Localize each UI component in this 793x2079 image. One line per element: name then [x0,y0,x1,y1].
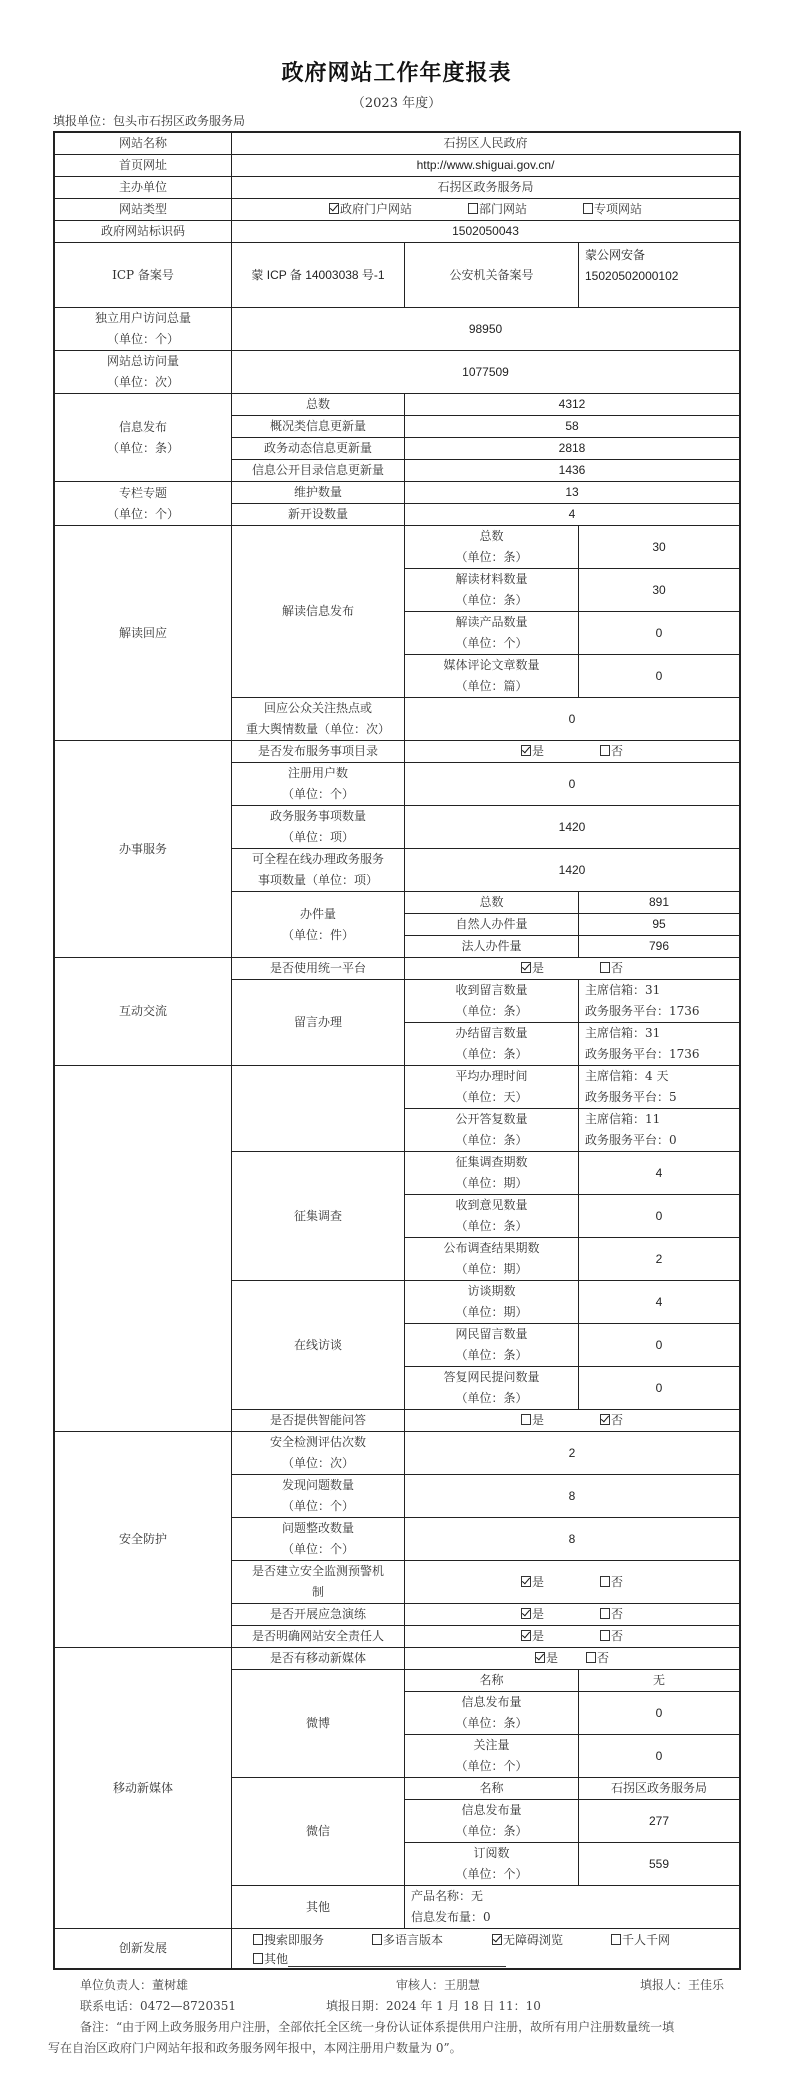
choice-no[interactable]: 否 [600,958,623,979]
choice-no[interactable]: 否 [600,1626,623,1647]
checkbox-checked-icon[interactable] [521,962,531,973]
msg-row-label: 平均办理时间（单位：天） [405,1066,579,1109]
emergency-drill-choice: 是 否 [405,1604,739,1626]
interview-row-label: 网民留言数量（单位：条） [405,1324,579,1367]
security-owner-choice: 是 否 [405,1626,739,1648]
other-blank-line[interactable] [288,1955,506,1967]
reviewer: 审核人：王朋慧 [396,1976,480,1993]
homepage-url[interactable]: http://www.shiguai.gov.cn/ [232,155,739,177]
unified-platform-choice: 是 否 [405,958,739,980]
msg-row-label: 公开答复数量（单位：条） [405,1109,579,1152]
msg-row-value: 主席信箱：4 天政务服务平台：5 [579,1066,739,1109]
choice-no[interactable]: 否 [586,1648,609,1669]
services-label: 办事服务 [55,741,232,958]
innovation-accessibility[interactable]: 无障碍浏览 [492,1931,563,1948]
choice-yes[interactable]: 是 [535,1648,558,1669]
weibo-name-value: 无 [579,1670,739,1692]
survey-row-label: 公布调查结果期数（单位：期） [405,1238,579,1281]
cases-row-value: 891 [579,892,739,914]
remark-line-2: 写在自治区政府门户网站年报和政务服务网年报中，本网注册用户数量为 0”。 [48,2039,462,2056]
security-row-value: 8 [405,1475,739,1518]
unique-visitors-value: 98950 [232,308,739,351]
police-record-label: 公安机关备案号 [405,243,579,308]
interp-row-label: 媒体评论文章数量（单位：篇） [405,655,579,698]
wechat-label: 微信 [232,1778,405,1886]
form-filler: 填报人：王佳乐 [640,1976,724,1993]
innovation-personalized[interactable]: 千人千网 [611,1931,670,1948]
interp-row-value: 30 [579,526,739,569]
interview-row-label: 答复网民提问数量（单位：条） [405,1367,579,1410]
security-row-label: 发现问题数量（单位：个） [232,1475,405,1518]
choice-yes[interactable]: 是 [521,958,544,979]
contact-phone: 联系电话：0472—8720351 [80,1997,236,2014]
unit-head: 单位负责人：董树雄 [80,1976,188,1993]
innovation-search-service[interactable]: 搜索即服务 [253,1931,324,1948]
choice-no[interactable]: 否 [600,1410,623,1431]
checkbox-checked-icon[interactable] [329,203,339,214]
site-type-special[interactable]: 专项网站 [583,199,642,220]
msg-row-value: 主席信箱：31政务服务平台：1736 [579,1023,739,1066]
interp-row-label: 解读材料数量（单位：条） [405,569,579,612]
survey-label: 征集调查 [232,1152,405,1281]
interaction-label: 互动交流 [55,958,232,1066]
smart-qa-label: 是否提供智能问答 [232,1410,405,1432]
online-items-value: 1420 [405,849,739,892]
remark-line-1: 备注：“由于网上政务服务用户注册，全部依托全区统一身份认证体系提供用户注册，故所… [80,2018,760,2035]
checkbox-checked-icon[interactable] [521,745,531,756]
security-row-label: 问题整改数量（单位：个） [232,1518,405,1561]
columns-row-value: 4 [405,504,739,526]
choice-yes[interactable]: 是 [521,1410,544,1431]
has-mobile-choice: 是 否 [405,1648,739,1670]
info-release-row-value: 4312 [405,394,739,416]
interview-label: 在线访谈 [232,1281,405,1410]
cases-row-label: 自然人办件量 [405,914,579,936]
unified-platform-label: 是否使用统一平台 [232,958,405,980]
checkbox-checked-icon[interactable] [492,1934,502,1945]
checkbox-empty-icon[interactable] [600,745,610,756]
choice-yes[interactable]: 是 [521,741,544,762]
info-release-row-label: 政务动态信息更新量 [232,438,405,460]
smart-qa-choice: 是 否 [405,1410,739,1432]
mobile-media-label: 移动新媒体 [55,1648,232,1929]
survey-row-label: 收到意见数量（单位：条） [405,1195,579,1238]
weibo-label: 微博 [232,1670,405,1778]
info-release-row-value: 1436 [405,460,739,482]
fill-date: 填报日期：2024 年 1 月 18 日 11：10 [326,1997,541,2014]
checkbox-empty-icon[interactable] [521,1414,531,1425]
info-release-row-value: 2818 [405,438,739,460]
checkbox-empty-icon[interactable] [468,203,478,214]
checkbox-empty-icon[interactable] [600,962,610,973]
checkbox-empty-icon[interactable] [600,1630,610,1641]
registered-users-value: 0 [405,763,739,806]
checkbox-empty-icon[interactable] [600,1576,610,1587]
response-value: 0 [405,698,739,741]
cases-row-value: 95 [579,914,739,936]
site-name-value: 石拐区人民政府 [232,133,739,155]
columns-label: 专栏专题（单位：个） [55,482,232,526]
site-type-portal[interactable]: 政府门户网站 [329,199,412,220]
choice-no[interactable]: 否 [600,1604,623,1625]
interp-row-value: 0 [579,612,739,655]
security-row-label: 安全检测评估次数（单位：次） [232,1432,405,1475]
interview-row-value: 0 [579,1367,739,1410]
wechat-subscribers-value: 559 [579,1843,739,1886]
empty-section-label [55,1066,232,1432]
checkbox-empty-icon[interactable] [253,1934,263,1945]
weibo-followers-value: 0 [579,1735,739,1778]
info-release-row-label: 信息公开目录信息更新量 [232,460,405,482]
info-release-row-label: 总数 [232,394,405,416]
report-year: （2023 年度） [0,92,793,111]
survey-row-value: 2 [579,1238,739,1281]
site-type-department[interactable]: 部门网站 [468,199,527,220]
warning-mechanism-label: 是否建立安全监测预警机制 [232,1561,405,1604]
other-media-value: 产品名称：无信息发布量：0 [405,1886,739,1929]
security-row-value: 8 [405,1518,739,1561]
survey-row-label: 征集调查期数（单位：期） [405,1152,579,1195]
site-code-value: 1502050043 [232,221,739,243]
interview-row-value: 0 [579,1324,739,1367]
interp-row-value: 0 [579,655,739,698]
wechat-posts-label: 信息发布量（单位：条） [405,1800,579,1843]
choice-no[interactable]: 否 [600,741,623,762]
msg-row-label: 办结留言数量（单位：条） [405,1023,579,1066]
weibo-name-label: 名称 [405,1670,579,1692]
has-mobile-label: 是否有移动新媒体 [232,1648,405,1670]
choice-yes[interactable]: 是 [521,1572,544,1593]
checkbox-checked-icon[interactable] [600,1414,610,1425]
msg-row-value: 主席信箱：31政务服务平台：1736 [579,980,739,1023]
info-release-row-label: 概况类信息更新量 [232,416,405,438]
choice-no[interactable]: 否 [600,1572,623,1593]
emergency-drill-label: 是否开展应急演练 [232,1604,405,1626]
checkbox-checked-icon[interactable] [521,1576,531,1587]
wechat-name-label: 名称 [405,1778,579,1800]
interp-row-value: 30 [579,569,739,612]
filling-unit: 填报单位：包头市石拐区政务服务局 [53,112,245,129]
site-name-label: 网站名称 [55,133,232,155]
checkbox-empty-icon[interactable] [253,1953,263,1964]
security-label: 安全防护 [55,1432,232,1648]
survey-row-value: 0 [579,1195,739,1238]
sponsor-value: 石拐区政务服务局 [232,177,739,199]
service-items-value: 1420 [405,806,739,849]
homepage-label: 首页网址 [55,155,232,177]
interp-row-label: 解读产品数量（单位：个） [405,612,579,655]
msg-row-value: 主席信箱：11政务服务平台：0 [579,1109,739,1152]
columns-row-label: 新开设数量 [232,504,405,526]
security-row-value: 2 [405,1432,739,1475]
online-items-label: 可全程在线办理政务服务事项数量（单位：项） [232,849,405,892]
site-type-label: 网站类型 [55,199,232,221]
message-handling-label: 留言办理 [232,980,405,1066]
icp-value: 蒙 ICP 备 14003038 号-1 [232,243,405,308]
checkbox-empty-icon[interactable] [583,203,593,214]
cases-row-value: 796 [579,936,739,958]
response-label: 回应公众关注热点或重大舆情数量（单位：次） [232,698,405,741]
wechat-posts-value: 277 [579,1800,739,1843]
info-release-label: 信息发布（单位：条） [55,394,232,482]
page-views-value: 1077509 [232,351,739,394]
cases-row-label: 总数 [405,892,579,914]
service-catalog-choice: 是 否 [405,741,739,763]
interpretation-label: 解读回应 [55,526,232,741]
choice-yes[interactable]: 是 [521,1604,544,1625]
checkbox-empty-icon[interactable] [611,1934,621,1945]
innovation-label: 创新发展 [55,1929,232,1968]
report-title: 政府网站工作年度报表 [0,56,793,87]
cases-label: 办件量（单位：件） [232,892,405,958]
survey-row-value: 4 [579,1152,739,1195]
service-catalog-label: 是否发布服务事项目录 [232,741,405,763]
columns-row-label: 维护数量 [232,482,405,504]
checkbox-checked-icon[interactable] [521,1608,531,1619]
empty-sub-label [232,1066,405,1152]
columns-row-value: 13 [405,482,739,504]
site-type-options: 政府门户网站 部门网站 专项网站 [232,199,739,221]
interview-row-value: 4 [579,1281,739,1324]
interp-row-label: 总数（单位：条） [405,526,579,569]
wechat-name-value: 石拐区政务服务局 [579,1778,739,1800]
checkbox-checked-icon[interactable] [535,1652,545,1663]
warning-mechanism-choice: 是 否 [405,1561,739,1604]
weibo-posts-label: 信息发布量（单位：条） [405,1692,579,1735]
weibo-followers-label: 关注量（单位：个） [405,1735,579,1778]
other-media-label: 其他 [232,1886,405,1929]
police-record-value: 蒙公网安备 15020502000102 [579,243,739,308]
checkbox-empty-icon[interactable] [586,1652,596,1663]
weibo-posts-value: 0 [579,1692,739,1735]
cases-row-label: 法人办件量 [405,936,579,958]
interview-row-label: 访谈期数（单位：期） [405,1281,579,1324]
innovation-multilingual[interactable]: 多语言版本 [372,1931,443,1948]
sponsor-label: 主办单位 [55,177,232,199]
registered-users-label: 注册用户数（单位：个） [232,763,405,806]
security-owner-label: 是否明确网站安全责任人 [232,1626,405,1648]
service-items-label: 政务服务事项数量（单位：项） [232,806,405,849]
info-release-row-value: 58 [405,416,739,438]
interpretation-release-label: 解读信息发布 [232,526,405,698]
checkbox-checked-icon[interactable] [521,1630,531,1641]
report-table: 网站名称 石拐区人民政府 首页网址 http://www.shiguai.gov… [53,131,741,1970]
icp-label: ICP 备案号 [55,243,232,308]
checkbox-empty-icon[interactable] [372,1934,382,1945]
unique-visitors-label: 独立用户访问总量（单位：个） [55,308,232,351]
innovation-other[interactable]: 其他 [253,1950,506,1967]
checkbox-empty-icon[interactable] [600,1608,610,1619]
wechat-subscribers-label: 订阅数（单位：个） [405,1843,579,1886]
site-code-label: 政府网站标识码 [55,221,232,243]
msg-row-label: 收到留言数量（单位：条） [405,980,579,1023]
choice-yes[interactable]: 是 [521,1626,544,1647]
page-views-label: 网站总访问量（单位：次） [55,351,232,394]
